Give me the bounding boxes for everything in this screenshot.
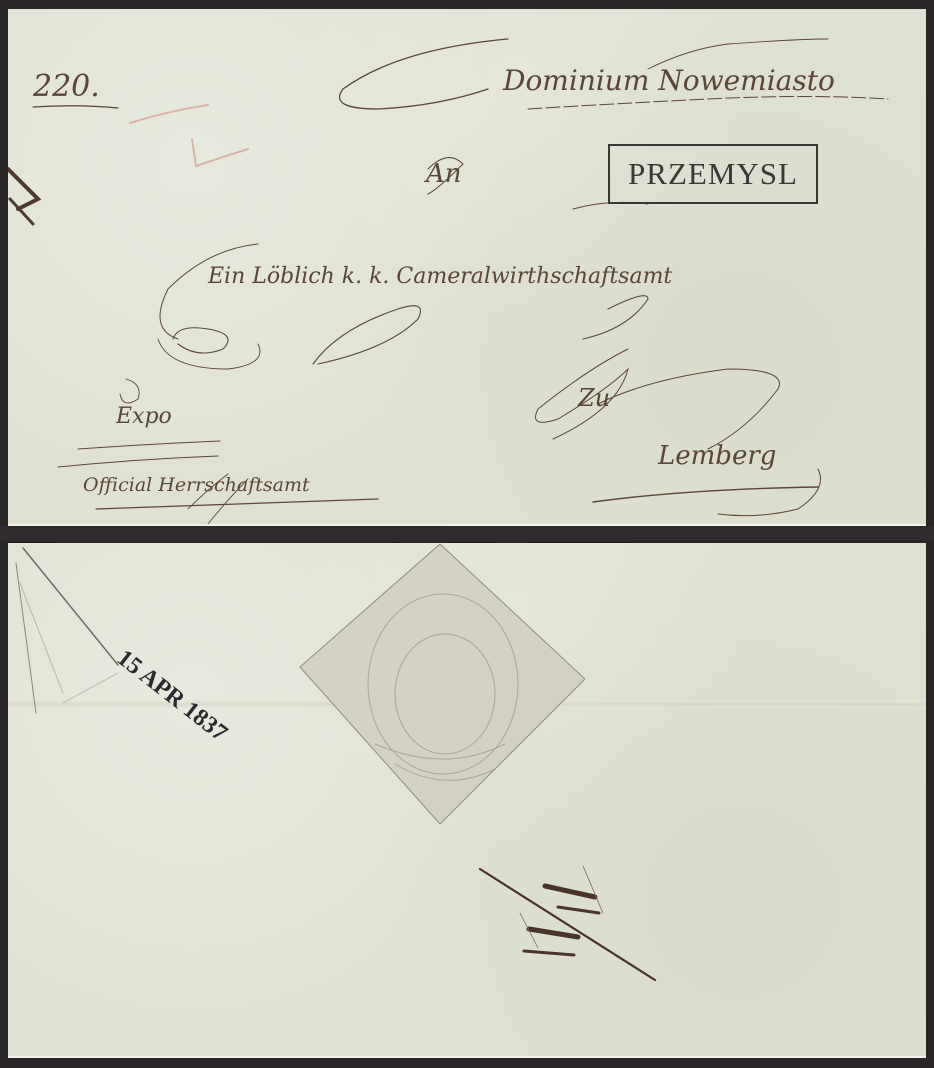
postmark-text: PRZEMYSL [628, 156, 798, 192]
docket-number: 220. [33, 69, 100, 104]
sender-line: Dominium Nowemiasto [503, 64, 835, 97]
cover-front: 220. Dominium Nowemiasto PRZEMYSL An Ein… [8, 9, 926, 526]
panel-divider [0, 526, 934, 541]
address-salutation: An [426, 159, 462, 189]
wafer-seal [295, 544, 585, 834]
address-line1: Ein Löblich k. k. Cameralwirthschaftsamt [208, 264, 672, 289]
lower-left-line2: Official Herrschaftsamt [83, 474, 310, 496]
address-city: Lemberg [658, 441, 776, 471]
address-to-label: Zu [578, 384, 610, 412]
cover-back: 15 APR 1837 [8, 543, 926, 1058]
lower-left-line1: Expo [116, 404, 172, 429]
postmark-box: PRZEMYSL [608, 144, 818, 204]
